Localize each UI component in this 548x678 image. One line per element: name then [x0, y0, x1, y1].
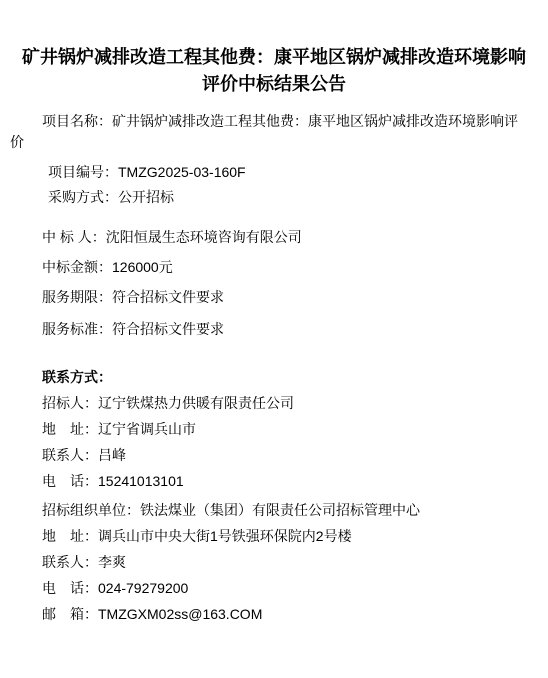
field-label: 中标金额：: [42, 259, 112, 275]
page-title: 矿井锅炉减排改造工程其他费：康平地区锅炉减排改造环境影响评价中标结果公告: [18, 44, 530, 98]
field-label: 服务期限：: [42, 289, 112, 305]
tenderer-address: 地 址：辽宁省调兵山市: [10, 419, 538, 440]
tenderer-phone: 电 话：15241013101: [10, 471, 538, 492]
field-label: 项目编号：: [48, 164, 118, 180]
field-label: 招标组织单位：: [42, 502, 140, 518]
organizer-name: 招标组织单位：铁法煤业（集团）有限责任公司招标管理中心: [10, 500, 538, 521]
field-label: 电 话：: [42, 580, 98, 596]
field-label: 地 址：: [42, 421, 98, 437]
announcement-page: 矿井锅炉减排改造工程其他费：康平地区锅炉减排改造环境影响评价中标结果公告 项目名…: [0, 0, 548, 678]
field-project-number: 项目编号：TMZG2025-03-160F: [10, 162, 538, 183]
field-value: 吕峰: [98, 447, 126, 463]
field-service-period: 服务期限：符合招标文件要求: [10, 287, 538, 308]
field-label: 联系人：: [42, 554, 98, 570]
field-value: 126000元: [112, 259, 173, 275]
field-value: 辽宁省调兵山市: [98, 421, 196, 437]
field-procurement-method: 采购方式：公开招标: [10, 187, 538, 208]
field-label: 电 话：: [42, 473, 98, 489]
field-label: 采购方式：: [48, 189, 118, 205]
tenderer-contact-person: 联系人：吕峰: [10, 445, 538, 466]
field-value: 15241013101: [98, 473, 184, 489]
organizer-phone: 电 话：024-79279200: [10, 578, 538, 599]
field-value: 沈阳恒晟生态环境咨询有限公司: [106, 229, 302, 245]
field-label: 地 址：: [42, 528, 98, 544]
field-label: 中 标 人：: [42, 229, 106, 245]
tenderer-name: 招标人：辽宁铁煤热力供暖有限责任公司: [10, 393, 538, 414]
field-value: 024-79279200: [98, 580, 188, 596]
field-winning-amount: 中标金额：126000元: [10, 257, 538, 278]
field-value: 调兵山市中央大街1号铁强环保院内2号楼: [98, 528, 352, 544]
field-service-standard: 服务标准：符合招标文件要求: [10, 319, 538, 340]
organizer-email: 邮 箱：TMZGXM02ss@163.COM: [10, 604, 538, 625]
field-value: 李爽: [98, 554, 126, 570]
field-value: 符合招标文件要求: [112, 289, 224, 305]
field-label: 邮 箱：: [42, 606, 98, 622]
organizer-contact-person: 联系人：李爽: [10, 552, 538, 573]
field-project-name: 项目名称：矿井锅炉减排改造工程其他费：康平地区锅炉减排改造环境影响评价: [10, 111, 526, 153]
field-label: 服务标准：: [42, 321, 112, 337]
field-value: TMZGXM02ss@163.COM: [98, 606, 262, 622]
field-label: 招标人：: [42, 395, 98, 411]
field-label: 项目名称：: [42, 113, 112, 129]
contact-section-heading: 联系方式：: [10, 367, 538, 388]
field-label: 联系人：: [42, 447, 98, 463]
field-value: 辽宁铁煤热力供暖有限责任公司: [98, 395, 294, 411]
organizer-address: 地 址：调兵山市中央大街1号铁强环保院内2号楼: [10, 526, 538, 547]
field-winning-bidder: 中 标 人：沈阳恒晟生态环境咨询有限公司: [10, 227, 538, 248]
field-value: TMZG2025-03-160F: [118, 164, 246, 180]
field-value: 符合招标文件要求: [112, 321, 224, 337]
field-value: 铁法煤业（集团）有限责任公司招标管理中心: [140, 502, 420, 518]
field-value: 公开招标: [118, 189, 174, 205]
